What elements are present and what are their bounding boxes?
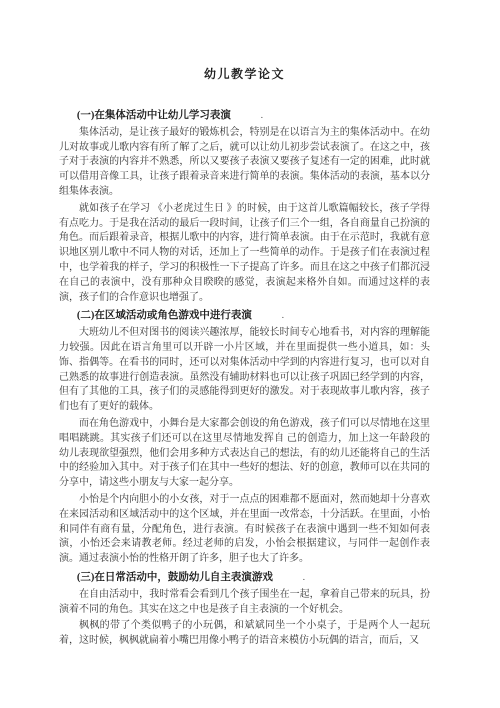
section-heading: (二)在区域活动或角色游戏中进行表演. — [59, 308, 430, 324]
document-title: 幼儿教学论文 — [59, 66, 430, 82]
section-heading: (一)在集体活动中让幼儿学习表演. — [59, 108, 430, 124]
section-heading-text: (一)在集体活动中让幼儿学习表演 — [77, 110, 231, 121]
heading-trailing-mark: . — [264, 308, 284, 323]
section-area-activity-role-play: (二)在区域活动或角色游戏中进行表演. 大班幼儿不但对图书的阅读兴趣浓厚，能较长… — [59, 308, 430, 567]
section-daily-activity: (三)在日常活动中，鼓励幼儿自主表演游戏. 在自由活动中，我时常看会看到几个孩子… — [59, 570, 430, 649]
paragraph: 大班幼儿不但对图书的阅读兴趣浓厚，能较长时间专心地看书，对内容的理解能力较强。因… — [59, 326, 430, 415]
paragraph: 而在角色游戏中，小舞台是大家都会创设的角色游戏，孩子们可以尽情地在这里唱唱跳跳。… — [59, 417, 430, 491]
heading-trailing-mark: . — [285, 570, 305, 585]
heading-trailing-mark: . — [243, 108, 263, 123]
document-page: 幼儿教学论文 (一)在集体活动中让幼儿学习表演. 集体活动，是让孩子最好的锻炼机… — [0, 0, 500, 708]
section-heading-text: (三)在日常活动中，鼓励幼儿自主表演游戏 — [77, 572, 273, 583]
section-heading-text: (二)在区域活动或角色游戏中进行表演 — [77, 310, 252, 321]
paragraph: 集体活动，是让孩子最好的锻炼机会，特别是在以语言为主的集体活动中。在幼儿对故事或… — [59, 126, 430, 200]
document-body: 幼儿教学论文 (一)在集体活动中让幼儿学习表演. 集体活动，是让孩子最好的锻炼机… — [0, 0, 500, 649]
paragraph: 就如孩子在学习 《小老虎过生日 》的时候，由于这首儿歌篇幅较长，孩子学得有点吃力… — [59, 202, 430, 306]
section-collective-activity: (一)在集体活动中让幼儿学习表演. 集体活动，是让孩子最好的锻炼机会，特别是在以… — [59, 108, 430, 305]
paragraph: 在自由活动中，我时常看会看到几个孩子围坐在一起，拿着自己带来的玩具，扮演着不同的… — [59, 588, 430, 618]
paragraph: 小怡是个内向胆小的小女孩，对于一点点的困难都不愿面对，然而她却十分喜欢在来园活动… — [59, 493, 430, 567]
paragraph: 枫枫的带了个类似鸭子的小玩偶，和斌斌同坐一个小桌子，于是两个人一起玩着，这时候，… — [59, 619, 430, 649]
section-heading: (三)在日常活动中，鼓励幼儿自主表演游戏. — [59, 570, 430, 586]
